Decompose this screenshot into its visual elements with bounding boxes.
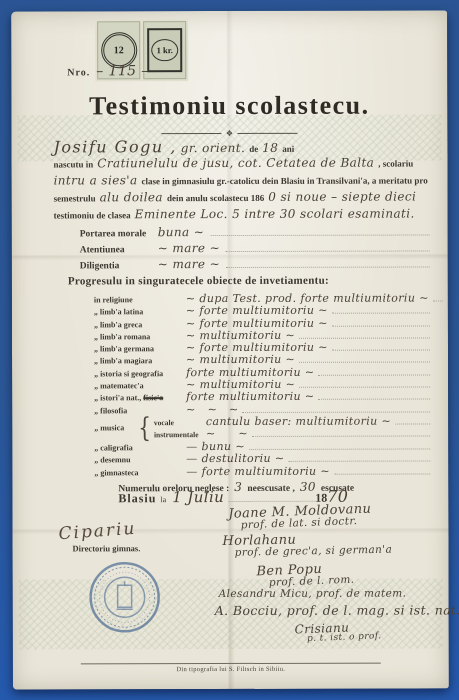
subject-grade: ~ multiumitoriu ~ xyxy=(186,329,295,342)
certificate-paper: 12 1 kr. Nro. – 115 – Testimoniu scolast… xyxy=(11,10,449,689)
conduct-grade: ~ mare ~ xyxy=(158,241,220,255)
subject-label: „ limb'a magiara xyxy=(94,357,186,366)
subjects-list: in religiune ~ dupa Test. prod. forte mu… xyxy=(94,291,431,494)
conduct-label: Portarea morale xyxy=(80,229,158,239)
dotted-line xyxy=(226,257,430,268)
dotted-line xyxy=(395,415,430,425)
signature-entry: A. Bocciu, prof. de l. mag. si ist. nat. xyxy=(215,602,451,618)
semester-value: alu doilea xyxy=(100,190,163,204)
subject-row-latina: „ limb'a latina ~ forte multiumitoriu ~ xyxy=(94,304,430,317)
musica-instrumentale-row: instrumentale ~ ~ xyxy=(154,427,430,440)
dotted-line xyxy=(332,316,430,326)
conduct-section: Portarea morale buna ~ Atentiunea ~ mare… xyxy=(80,224,430,273)
class-rank: Eminente Loc. 5 intre 30 scolari esamina… xyxy=(135,207,415,222)
subject-row-magiara: „ limb'a magiara ~ multiumitoriu ~ xyxy=(94,353,430,366)
subject-grade: — destulitoriu ~ xyxy=(186,452,284,465)
subject-label: „ limb'a greca xyxy=(94,320,186,329)
progress-heading: Progresulu in singuratecele obiecte de i… xyxy=(68,275,329,288)
subject-label: „ gimnasteca xyxy=(94,468,186,477)
subject-label: in religiune xyxy=(94,295,186,304)
subject-label: „ desemnu xyxy=(94,455,186,464)
struck-word-fisica: fisic'a xyxy=(143,394,163,403)
handwritten-date: 1 Juliu xyxy=(172,488,224,506)
subject-row-germana: „ limb'a germana ~ forte multiumitoriu ~ xyxy=(94,341,430,354)
subject-row-religiune: in religiune ~ dupa Test. prod. forte mu… xyxy=(94,291,430,304)
printed-testimony-class: testimoniu de clasea xyxy=(54,210,131,220)
revenue-stamp-1kr: 1 kr. xyxy=(143,21,186,79)
conduct-label: Atentiunea xyxy=(80,245,158,255)
printed-semester: semestrulu xyxy=(54,193,96,203)
subject-label-text: „ istori'a nat., xyxy=(94,394,141,403)
dotted-line xyxy=(226,241,430,252)
dotted-line xyxy=(299,328,430,338)
subject-grade: ~ multiumitoriu ~ xyxy=(186,353,295,366)
printed-born-in: nascutu in xyxy=(54,159,94,169)
signature-entry: Ben Popu prof. de l. rom. xyxy=(256,557,451,589)
subject-label: „ caligrafia xyxy=(94,443,186,452)
conduct-grade: ~ mare ~ xyxy=(158,257,220,271)
dotted-line xyxy=(289,452,431,462)
director-signature: Cipariu xyxy=(58,518,141,544)
class-number: intru a sies'a xyxy=(54,173,138,187)
subject-label: „ matematec'a xyxy=(94,381,186,390)
document-number-line: Nro. – 115 – xyxy=(67,63,148,79)
subject-row-istoria-naturala: „ istori'a nat., fisic'a forte multiumit… xyxy=(94,390,430,403)
dotted-line xyxy=(318,365,430,375)
printed-gymnasium: clase in gimnasiulu gr.-catolicu dein Bl… xyxy=(141,175,427,186)
nro-label: Nro. xyxy=(67,67,90,78)
subject-grade: forte multiumitoriu ~ xyxy=(186,390,314,403)
subject-label: „ limb'a germana xyxy=(94,344,186,353)
subject-row-desemnu: „ desemnu — destulitoriu ~ xyxy=(94,452,430,465)
printed-school-year: dein anulu scolastecu 186 xyxy=(167,193,264,203)
professor-name: Alesandru Micu, prof. de matem. xyxy=(219,587,451,600)
dotted-line xyxy=(332,341,430,351)
subject-row-musica: „ musica { vocale cantulu baser: multium… xyxy=(94,414,430,440)
nro-value-handwritten: – 115 – xyxy=(96,63,148,79)
subject-grade: ~ multiumitoriu ~ xyxy=(186,378,295,391)
printed-scolariu: , scolariu xyxy=(378,159,413,169)
dotted-line xyxy=(210,225,429,236)
printed-de: de xyxy=(249,144,258,154)
dotted-line xyxy=(249,439,430,449)
dotted-line xyxy=(252,427,430,437)
school-year-handwritten: 0 si noue – siepte dieci xyxy=(268,190,416,204)
intro-line-5: testimoniu de clasea Eminente Loc. 5 int… xyxy=(54,204,426,222)
dotted-line xyxy=(433,291,443,301)
birthplace: Cratiunelulu de jusu, cot. Cetatea de Ba… xyxy=(97,156,374,171)
signature-entry: Alesandru Micu, prof. de matem. xyxy=(219,587,451,600)
intro-paragraph: Josifu Gogu , gr. orient. de 18 ani nasc… xyxy=(53,136,425,222)
subject-grade: forte multiumitoriu ~ xyxy=(186,366,314,379)
professor-signatures: Joane M. Moldovanu prof. de lat. si doct… xyxy=(228,502,450,643)
document-title: Testimoniu scolastecu. xyxy=(11,90,447,121)
instrumentale-label: instrumentale xyxy=(154,431,206,440)
professor-name: A. Bocciu, prof. de l. mag. si ist. nat. xyxy=(215,602,451,618)
subject-grade: — forte multiumitoriu ~ xyxy=(186,464,330,477)
brace-glyph: { xyxy=(138,411,151,443)
subject-label: „ limb'a latina xyxy=(94,307,186,316)
printed-la: la xyxy=(160,495,166,504)
dotted-line xyxy=(299,378,430,388)
director-title: Directoriu gimnas. xyxy=(73,543,141,553)
conduct-row: Portarea morale buna ~ xyxy=(80,224,430,241)
subject-row-romana: „ limb'a romana ~ multiumitoriu ~ xyxy=(94,328,430,341)
subject-row-greca: „ limb'a greca ~ forte multiumitoriu ~ xyxy=(94,316,430,329)
subject-label: „ istoria si geografia xyxy=(94,369,186,378)
dotted-line xyxy=(332,304,430,314)
director-signature-block: Cipariu Directoriu gimnas. xyxy=(58,521,140,553)
subject-row-gimnastica: „ gimnasteca — forte multiumitoriu ~ xyxy=(94,464,430,477)
imprint-rule xyxy=(81,663,381,665)
school-seal xyxy=(87,559,163,635)
signature-entry: Joane M. Moldovanu prof. de lat. si doct… xyxy=(228,499,451,532)
student-age: 18 xyxy=(262,141,278,155)
subject-grade: ~ ~ ~ xyxy=(186,403,238,416)
photo-of-document: { "photo": { "background_color": "#2b579… xyxy=(0,0,459,700)
dotted-line xyxy=(228,492,315,502)
subject-row-matematica: „ matematec'a ~ multiumitoriu ~ xyxy=(94,378,430,391)
intro-line-1: Josifu Gogu , gr. orient. de 18 ani xyxy=(53,136,425,154)
stamp-1kr-value: 1 kr. xyxy=(152,39,178,61)
vocale-label: vocale xyxy=(154,419,206,428)
subject-label: „ istori'a nat., fisic'a xyxy=(94,393,186,402)
subject-label: „ musica xyxy=(94,423,138,432)
musica-vocale-row: vocale cantulu baser: multiumitoriu ~ xyxy=(154,415,430,428)
signature-entry: Crisianu p. t. ist. o prof. xyxy=(294,617,451,645)
subject-label: „ limb'a romana xyxy=(94,332,186,341)
conduct-label: Diligentia xyxy=(80,261,158,271)
signature-entry: Horlahanu prof. de grec'a, si german'a xyxy=(222,529,450,559)
dotted-line xyxy=(299,353,430,363)
subject-grade: — bunu ~ xyxy=(186,440,245,453)
musica-sublist: vocale cantulu baser: multiumitoriu ~ in… xyxy=(154,415,430,440)
dotted-line xyxy=(334,464,430,474)
intro-line-3: intru a sies'a clase in gimnasiulu gr.-c… xyxy=(54,170,426,188)
intro-line-4: semestrulu alu doilea dein anulu scolast… xyxy=(54,187,426,205)
dotted-line xyxy=(319,390,431,400)
stamp-1kr-frame: 1 kr. xyxy=(147,28,182,72)
imprint-text: Din tipografia lui S. Filtsch in Sibiiu. xyxy=(81,666,381,674)
conduct-row: Diligentia ~ mare ~ xyxy=(80,256,430,273)
instrumentale-grade: ~ ~ xyxy=(206,427,248,440)
conduct-grade: buna ~ xyxy=(158,225,205,239)
printed-ani: ani xyxy=(282,144,294,154)
intro-line-2: nascutu in Cratiunelulu de jusu, cot. Ce… xyxy=(53,153,425,171)
conduct-row: Atentiunea ~ mare ~ xyxy=(80,240,430,257)
place-name: Blasiu xyxy=(118,491,156,506)
subject-row-istoria-geografia: „ istoria si geografia forte multiumitor… xyxy=(94,365,430,378)
dotted-line xyxy=(243,402,431,412)
printer-imprint: Din tipografia lui S. Filtsch in Sibiiu. xyxy=(81,663,381,674)
